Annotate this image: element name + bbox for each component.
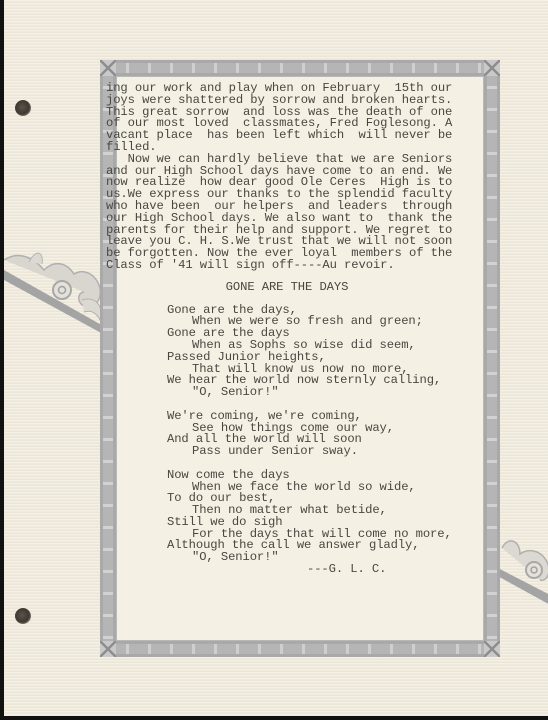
page-text: ing our work and play when on February 1… xyxy=(106,83,486,588)
prose-line: Class of '41 will sign off----Au revoir. xyxy=(106,260,486,272)
border-corner-icon xyxy=(100,60,116,76)
border-band-bottom xyxy=(116,644,484,654)
poem-title: GONE ARE THE DAYS xyxy=(106,282,486,294)
prose-line: vacant place has been left which will ne… xyxy=(106,130,486,142)
binder-hole-top-icon xyxy=(15,100,31,116)
poem-line: Pass under Senior sway. xyxy=(167,446,486,458)
poem: Gone are the days,When we were so fresh … xyxy=(167,305,486,576)
poem-stanza: Gone are the days,When we were so fresh … xyxy=(167,305,486,399)
acanthus-scroll-left-icon xyxy=(4,240,114,340)
border-band-top xyxy=(116,63,484,73)
poem-signature: ---G. L. C. xyxy=(167,564,486,576)
binder-hole-bottom-icon xyxy=(15,608,31,624)
poem-stanza: We're coming, we're coming,See how thing… xyxy=(167,411,486,458)
poem-line: "O, Senior!" xyxy=(167,387,486,399)
border-corner-icon xyxy=(100,641,116,657)
border-band-right xyxy=(487,76,497,641)
acanthus-scroll-right-icon xyxy=(494,530,548,610)
border-corner-icon xyxy=(484,60,500,76)
prose-paragraphs: ing our work and play when on February 1… xyxy=(106,83,486,272)
poem-stanza: Now come the daysWhen we face the world … xyxy=(167,470,486,576)
border-corner-icon xyxy=(484,641,500,657)
